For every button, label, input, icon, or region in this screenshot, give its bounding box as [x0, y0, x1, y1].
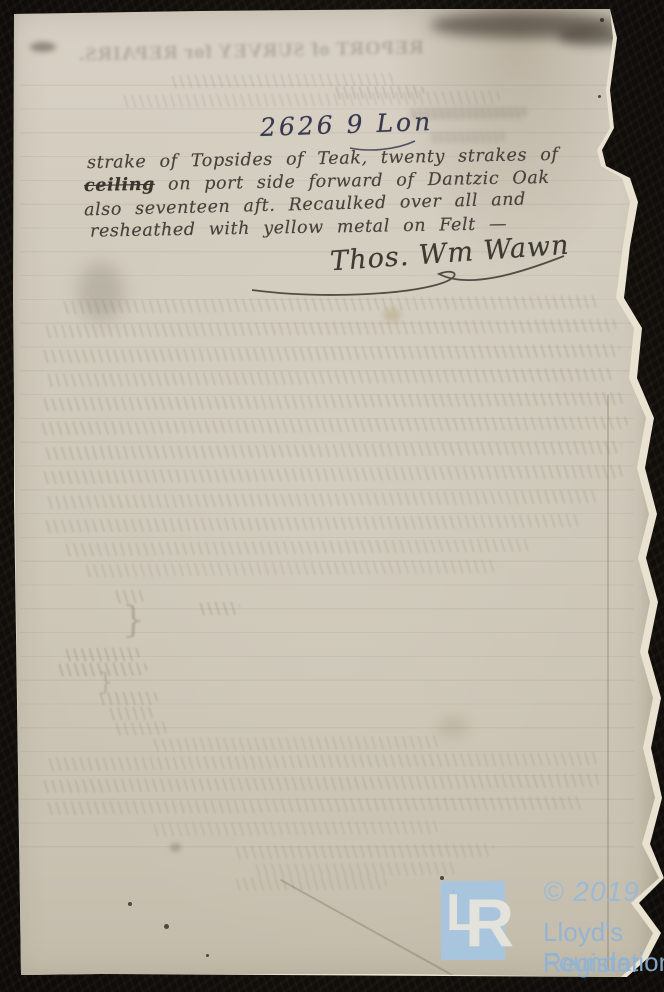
document-page: REPORT of SURVEY for REPAIRS. { {: [0, 0, 664, 992]
watermark-copyright: © 2019: [543, 876, 640, 908]
lr-logo-letter-r: R: [465, 885, 514, 961]
watermark-org-name-2: Foundation: [543, 947, 664, 978]
edge-vignette: [0, 0, 664, 992]
lr-logo: L R: [441, 881, 505, 960]
scan-background: REPORT of SURVEY for REPAIRS. { {: [0, 0, 664, 992]
